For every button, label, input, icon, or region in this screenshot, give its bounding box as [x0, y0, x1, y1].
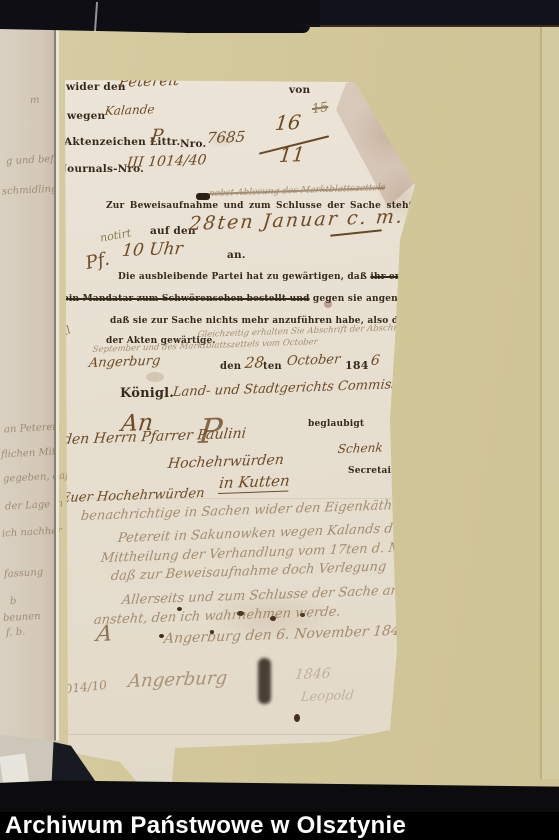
- footer-place: Angerburg: [127, 669, 228, 692]
- bleed-through-text: schmidling: [2, 184, 58, 198]
- field-wegen-value: Kalande: [104, 103, 155, 118]
- ps-dateline: Angerburg den 6. November 1846: [163, 623, 410, 647]
- field-nro-value: 7685: [206, 129, 246, 147]
- ps-initial: A: [95, 622, 114, 647]
- para2-text: gegen sie angenommen: [310, 294, 437, 304]
- body-para1: Die ausbleibende Partei hat zu gewärtige…: [118, 273, 465, 283]
- document-paper: wider den Petereit von wegen Kalande Akt…: [58, 74, 460, 788]
- addressee-place-underlined: in Kutten: [218, 473, 291, 494]
- bleed-through-text: b: [10, 596, 17, 607]
- folio-number: 16: [274, 111, 302, 134]
- dateline-year-hand: 6: [370, 354, 381, 370]
- page-edge-highlight: [56, 27, 59, 783]
- film-band-bottom: [0, 776, 559, 814]
- field-wegen-label: wegen: [67, 111, 105, 123]
- footer-year-faint: 1846: [294, 667, 331, 684]
- hearing-time: 10 Uhr: [121, 240, 184, 261]
- field-wider-value: Petereit: [118, 72, 180, 91]
- margin-scribble: fil: [58, 324, 73, 339]
- field-wider-label: wider den: [66, 82, 126, 94]
- an-label: an.: [227, 250, 246, 262]
- body-para2: ein Mandatar zum Schwörensehen bestellt …: [63, 295, 436, 305]
- ink-spot: [294, 714, 300, 722]
- bleed-through-text: fassung: [4, 567, 44, 580]
- para1-text: Die ausbleibende Partei hat zu gewärtige…: [118, 272, 370, 282]
- footer-file-number: 1014/10: [57, 679, 108, 697]
- dateline-day: 28: [244, 354, 265, 371]
- dateline-den: den: [220, 361, 241, 372]
- inserted-note-struck: nebst Ablesung des Marktblattszettels: [208, 184, 386, 200]
- dateline-month: October: [286, 353, 341, 369]
- archive-caption: Archiwum Państwowe w Olsztynie: [5, 812, 406, 840]
- bleed-through-text: beunen: [3, 611, 41, 624]
- dateline-year-print: 184: [345, 360, 369, 372]
- film-edge-line: [320, 25, 559, 27]
- film-band-bump: [180, 26, 310, 33]
- bleed-through-text: flichen Mit.: [1, 446, 60, 460]
- bleed-through-text: f. b.: [6, 627, 26, 639]
- secretary-signature: Schenk: [337, 441, 383, 456]
- body-para3: daß sie zur Sache nichts mehr anzuführen…: [110, 317, 468, 327]
- court-title-hand: Land- und Stadtgerichts Commissarius: [172, 377, 432, 400]
- dateline-ten: ten: [263, 361, 282, 372]
- bleed-through-text: m: [30, 95, 40, 106]
- folio-number-old: 15: [311, 101, 329, 117]
- bleed-through-text: an Petereit: [4, 422, 60, 436]
- margin-paraph: Pf.: [84, 249, 111, 273]
- para1-struck: ihr erforderlichen: [370, 272, 464, 282]
- addressee-honorific: Hochehrwürden: [167, 453, 285, 472]
- stain: [146, 372, 164, 382]
- stain: [353, 96, 423, 166]
- caption-band: Archiwum Państwowe w Olsztynie: [0, 812, 559, 840]
- beglaubigt-label: beglaubigt: [308, 420, 364, 430]
- pen-flourish: [330, 229, 382, 236]
- bleed-through-text: g und bef: [6, 154, 55, 168]
- koenigl-label: Königl.: [120, 387, 174, 401]
- folio-number-den: 11: [278, 143, 306, 166]
- ink-smudge: [258, 658, 271, 704]
- facing-page: m g und bef schmidling an Petereit flich…: [0, 27, 58, 785]
- field-von-label: von: [289, 85, 310, 97]
- field-nro-label: Nro.: [180, 139, 206, 151]
- bleed-through-text: gegeben, daß: [3, 470, 72, 485]
- field-aktenzeichen-littr: P: [150, 127, 164, 147]
- paper-crease: [58, 734, 460, 735]
- para2-struck: ein Mandatar zum Schwörensehen bestellt …: [63, 294, 310, 304]
- ps-salutation: Euer Hochehrwürden: [60, 487, 205, 506]
- secretair-label: Secretair: [348, 467, 396, 477]
- right-page-margin: [542, 27, 559, 779]
- ink-blot: [196, 193, 210, 200]
- footer-signature-faint: Leopold: [300, 689, 355, 705]
- dateline-place: Angerburg: [88, 355, 161, 372]
- archive-photo: m g und bef schmidling an Petereit flich…: [0, 0, 559, 840]
- field-journals-value: III 1014/40: [126, 153, 207, 171]
